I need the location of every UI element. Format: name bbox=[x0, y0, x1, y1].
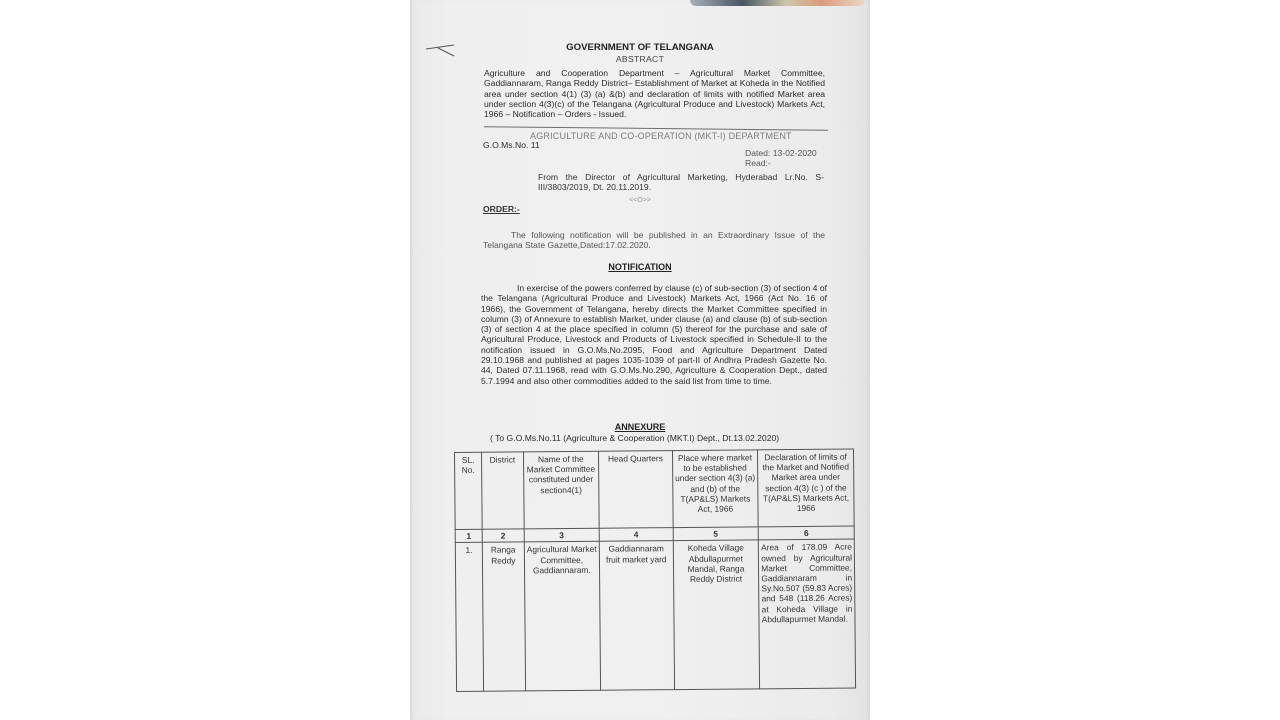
cell-place: Koheda Village Abdullapurmet Mandal, Ran… bbox=[673, 540, 760, 689]
column-number: 6 bbox=[758, 526, 854, 540]
government-heading: GOVERNMENT OF TELANGANA bbox=[410, 43, 870, 53]
order-label: ORDER:- bbox=[483, 204, 520, 214]
column-number: 4 bbox=[599, 527, 673, 541]
header-sl-no: SL. No. bbox=[455, 452, 483, 529]
photo-background-object bbox=[690, 0, 865, 6]
cell-sl-no: 1. bbox=[455, 543, 483, 692]
column-number: 1 bbox=[455, 529, 482, 543]
go-number: G.O.Ms.No. 11 bbox=[483, 140, 540, 150]
notification-paragraph: In exercise of the powers conferred by c… bbox=[481, 283, 827, 386]
dated-text: Dated: 13-02-2020 bbox=[745, 148, 817, 158]
header-head-quarters: Head Quarters bbox=[599, 451, 673, 528]
document-page: GOVERNMENT OF TELANGANA ABSTRACT Agricul… bbox=[410, 0, 870, 720]
annexure-title: ANNEXURE bbox=[410, 422, 870, 432]
cell-district: Ranga Reddy bbox=[482, 542, 525, 691]
column-number: 3 bbox=[524, 528, 600, 542]
table-header-row: SL. No. District Name of the Market Comm… bbox=[455, 449, 855, 529]
header-place: Place where market to be established und… bbox=[672, 450, 758, 528]
annexure-table: SL. No. District Name of the Market Comm… bbox=[454, 449, 856, 692]
subject-paragraph: Agriculture and Cooperation Department –… bbox=[484, 68, 825, 119]
table-row: 1. Ranga Reddy Agricultural Market Commi… bbox=[455, 539, 855, 691]
order-paragraph: The following notification will be publi… bbox=[483, 230, 825, 251]
header-declaration: Declaration of limits of the Market and … bbox=[758, 449, 854, 527]
column-number: 2 bbox=[482, 529, 523, 543]
reference-text: From the Director of Agricultural Market… bbox=[538, 172, 824, 193]
annexure-subtitle: ( To G.O.Ms.No.11 (Agriculture & Coopera… bbox=[490, 433, 830, 443]
cell-head-quarters: Gaddiannaram fruit market yard bbox=[599, 541, 674, 690]
read-label: Read:- bbox=[745, 158, 771, 168]
column-number: 5 bbox=[673, 527, 759, 541]
abstract-label: ABSTRACT bbox=[410, 54, 870, 64]
cell-market-committee: Agricultural Market Committee, Gaddianna… bbox=[524, 542, 601, 691]
cell-declaration: Area of 178.09 Acre owned by Agricultura… bbox=[759, 539, 856, 688]
header-district: District bbox=[482, 452, 524, 529]
department-heading: AGRICULTURE AND CO-OPERATION (MKT-I) DEP… bbox=[530, 131, 792, 141]
header-market-committee: Name of the Market Committee constituted… bbox=[523, 451, 599, 529]
separator-mark: <<O>> bbox=[410, 196, 870, 206]
notification-title: NOTIFICATION bbox=[410, 262, 870, 272]
